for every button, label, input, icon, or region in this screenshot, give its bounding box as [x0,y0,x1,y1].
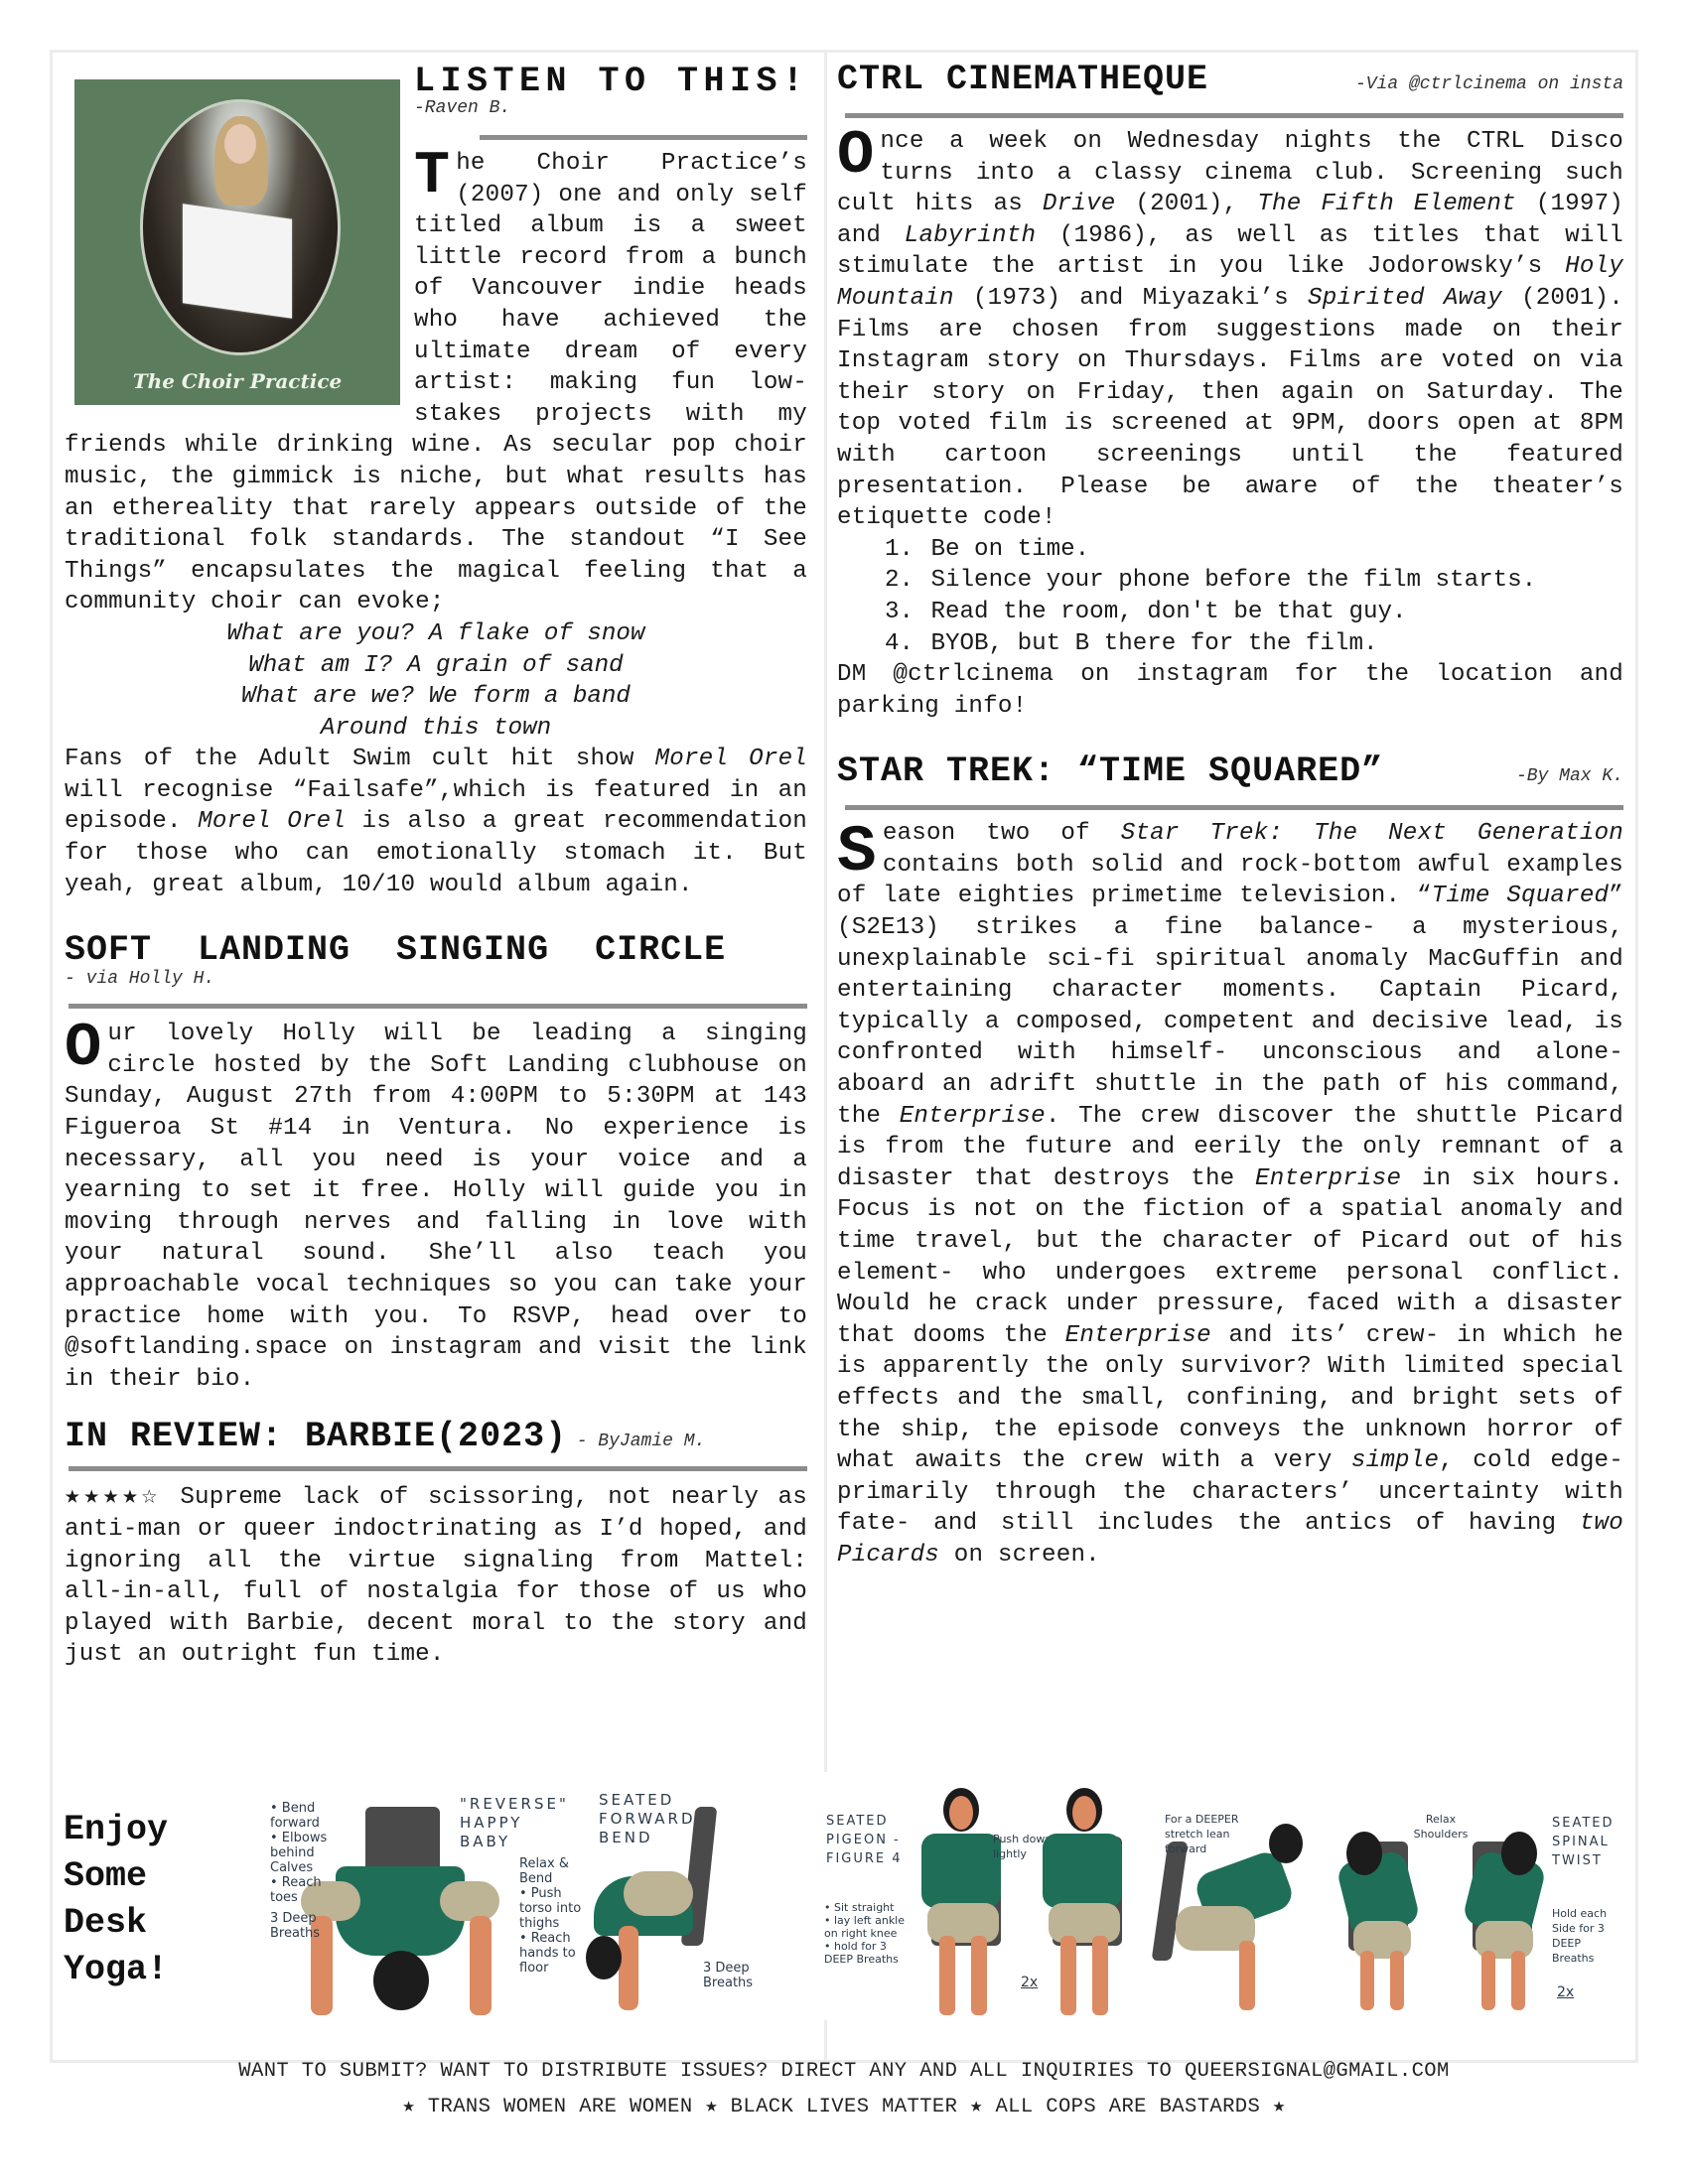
film-title: Spirited Away [1308,285,1502,312]
head-shape [1269,1824,1303,1863]
step: • hold for 3 DEEP Breaths [824,1940,914,1966]
etiquette-item: 4. BYOB, but B there for the film. [885,628,1623,660]
soft-landing-text: ur lovely Holly will be leading a singin… [65,1021,807,1393]
yoga-illustration-left: • Bend forward • Elbows behind Calves • … [266,1787,763,2025]
etiquette-list: 1. Be on time. 2. Silence your phone bef… [885,534,1623,659]
step: • Bend forward [270,1801,330,1831]
item-number: 4. [885,628,916,660]
dropcap-o: O [65,1024,101,1074]
leg-shape [1511,1951,1525,2010]
soft-landing-byline: - via Holly H. [65,970,807,988]
startrek-title: STAR TREK: “TIME SQUARED” [837,751,1383,791]
item-number: 3. [885,597,916,628]
head-shape [1501,1832,1537,1875]
barbie-title-row: IN REVIEW: BARBIE(2023) - ByJamie M. [65,1417,807,1456]
yoga-label-line: Enjoy [64,1807,168,1853]
episode-title: Time Squared [1432,883,1610,909]
album-caption: The Choir Practice [74,369,400,393]
head-shape [586,1936,622,1979]
sheet-music [183,204,292,318]
leg-shape [971,1936,987,2015]
forward-bend-breaths: 3 Deep Breaths [703,1961,758,1990]
film-title: Drive [1043,191,1116,217]
leg-shape [939,1936,955,2015]
etiquette-item: 3. Read the room, don't be that guy. [885,597,1623,628]
film-title: Labyrinth [905,222,1036,249]
lyric-line: What are we? We form a band [65,681,807,713]
ship-name: Enterprise [1065,1322,1211,1349]
pigeon-steps: • Sit straight • lay left ankle on right… [824,1901,914,1966]
happy-baby-title: "REVERSE" HAPPY BABY [460,1795,569,1851]
item-text: BYOB, but B there for the film. [931,630,1378,657]
ctrl-text: (2001). Films are chosen from suggestion… [837,285,1623,531]
thigh-shape [624,1871,693,1916]
step: Relax & Bend [519,1856,589,1886]
pigeon-reps: 2x [1021,1976,1038,1990]
emphasis: simple [1351,1447,1439,1474]
thigh-shape [440,1881,499,1921]
yoga-label-line: Yoga! [64,1947,168,1993]
show-title: Star Trek: The Next Generation [1121,820,1623,847]
startrek-title-row: STAR TREK: “TIME SQUARED” -By Max K. [837,751,1623,791]
leg-shape [1481,1951,1495,2010]
barbie-body: ★★★★☆ Supreme lack of scissoring, not ne… [65,1481,807,1671]
desk-yoga-label: Enjoy Some Desk Yoga! [64,1807,168,1993]
face-shape [1072,1796,1096,1830]
dropcap-o: O [837,132,874,182]
item-number: 1. [885,534,916,566]
startrek-text: ” (S2E13) strikes a fine balance- a myst… [837,883,1623,1129]
left-column: The Choir Practice LISTEN TO THIS! -Rave… [65,60,807,1671]
soft-landing-title: SOFT LANDING SINGING CIRCLE [65,930,807,970]
item-text: Be on time. [931,536,1090,563]
step: • Reach hands to floor [519,1931,589,1976]
lyric-line: What are you? A flake of snow [65,618,807,650]
submission-footer: WANT TO SUBMIT? WANT TO DISTRIBUTE ISSUE… [0,2060,1688,2083]
yoga-label-line: Some [64,1853,168,1900]
startrek-body: Season two of Star Trek: The Next Genera… [837,818,1623,1570]
leg-shape [1239,1941,1255,2010]
step: • Sit straight [824,1901,914,1914]
soft-landing-body: Our lovely Holly will be leading a singi… [65,1019,807,1395]
deeper-stretch-note: For a DEEPER stretch lean forward [1165,1812,1274,1856]
item-number: 2. [885,565,916,597]
ctrl-title-row: CTRL CINEMATHEQUE -Via @ctrlcinema on in… [837,60,1623,99]
show-title: Morel Orel [198,808,346,835]
step: 3 Deep Breaths [270,1911,330,1941]
listen-outro: Fans of the Adult Swim cult hit show Mor… [65,744,807,900]
startrek-rule [845,805,1623,810]
star-rating: ★★★★☆ [65,1481,161,1511]
item-text: Silence your phone before the film start… [931,567,1537,594]
ctrl-byline: -Via @ctrlcinema on insta [1355,74,1623,94]
pigeon-title: SEATED PIGEON - FIGURE 4 [826,1812,906,1868]
etiquette-item: 2. Silence your phone before the film st… [885,565,1623,597]
soft-landing-article: SOFT LANDING SINGING CIRCLE - via Holly … [65,930,807,1395]
column-divider [824,53,827,2060]
ctrl-cinematheque-article: CTRL CINEMATHEQUE -Via @ctrlcinema on in… [837,60,1623,722]
spinal-twist-title: SEATED SPINAL TWIST [1552,1814,1623,1870]
step: • lay left ankle on right knee [824,1914,914,1940]
right-column: CTRL CINEMATHEQUE -Via @ctrlcinema on in… [837,60,1623,1571]
ctrl-body: Once a week on Wednesday nights the CTRL… [837,126,1623,534]
yoga-label-line: Desk [64,1900,168,1947]
thigh-shape [927,1903,999,1943]
leg-shape [1060,1936,1076,2015]
face-shape [949,1796,973,1830]
startrek-text: on screen. [939,1542,1100,1569]
startrek-text: eason two of [883,820,1121,847]
step: • Elbows behind Calves [270,1831,330,1875]
forward-bend-steps: Relax & Bend • Push torso into thighs • … [519,1856,589,1976]
soft-landing-rule [69,1004,807,1009]
head-shape [373,1951,429,2010]
etiquette-item: 1. Be on time. [885,534,1623,566]
star-trek-article: STAR TREK: “TIME SQUARED” -By Max K. Sea… [837,751,1623,1570]
step: • Push torso into thighs [519,1886,589,1931]
barbie-review-article: IN REVIEW: BARBIE(2023) - ByJamie M. ★★★… [65,1417,807,1671]
listen-rule [480,135,807,140]
relax-shoulders-note: Relax Shoulders [1406,1812,1476,1842]
singer-face [224,124,256,164]
ship-name: Enterprise [1255,1165,1401,1192]
head-shape [1346,1832,1382,1875]
outro-text: Fans of the Adult Swim cult hit show [65,746,655,772]
dropcap-t: T [414,152,450,202]
barbie-text: Supreme lack of scissoring, not nearly a… [65,1484,807,1668]
thigh-shape [1049,1903,1120,1943]
ctrl-title: CTRL CINEMATHEQUE [837,60,1208,99]
twist-reps: 2x [1557,1985,1574,2000]
ship-name: Enterprise [900,1103,1046,1130]
album-cover-image: The Choir Practice [74,79,400,405]
torso-shape [921,1834,1001,1908]
forward-bend-title: SEATED FORWARD BEND [599,1791,718,1847]
ctrl-text: (1973) and Miyazaki’s [954,285,1308,312]
ctrl-rule [845,113,1623,118]
ctrl-closing: DM @ctrlcinema on instagram for the loca… [837,659,1623,722]
album-photo-oval [140,99,341,355]
dropcap-s: S [837,826,877,876]
leg-shape [470,1916,492,2015]
leg-shape [1390,1951,1404,2010]
soft-landing-title-text: SOFT LANDING SINGING CIRCLE [65,930,726,970]
happy-baby-steps: • Bend forward • Elbows behind Calves • … [270,1801,330,1941]
lyric-line: Around this town [65,713,807,745]
film-title: The Fifth Element [1257,191,1516,217]
show-title: Morel Orel [655,746,807,772]
barbie-title: IN REVIEW: BARBIE(2023) [65,1417,567,1456]
lyric-line: What am I? A grain of sand [65,650,807,682]
leg-shape [619,1926,638,2010]
torso-shape [1043,1834,1122,1908]
barbie-byline: - ByJamie M. [577,1432,706,1451]
barbie-rule [69,1466,807,1471]
leg-shape [1360,1951,1374,2010]
spinal-twist-steps: Hold each Side for 3 DEEP Breaths [1552,1906,1623,1966]
step: • Reach toes [270,1875,330,1905]
ctrl-text: (2001), [1115,191,1257,217]
lyrics-block: What are you? A flake of snow What am I?… [65,618,807,744]
leg-shape [1092,1936,1108,2015]
item-text: Read the room, don't be that guy. [931,599,1407,625]
yoga-illustration-right: SEATED PIGEON - FIGURE 4 • Sit straight … [822,1772,1626,2020]
listen-to-this-article: The Choir Practice LISTEN TO THIS! -Rave… [65,62,807,900]
solidarity-footer: ★ TRANS WOMEN ARE WOMEN ★ BLACK LIVES MA… [0,2093,1688,2118]
startrek-byline: -By Max K. [1516,766,1623,786]
